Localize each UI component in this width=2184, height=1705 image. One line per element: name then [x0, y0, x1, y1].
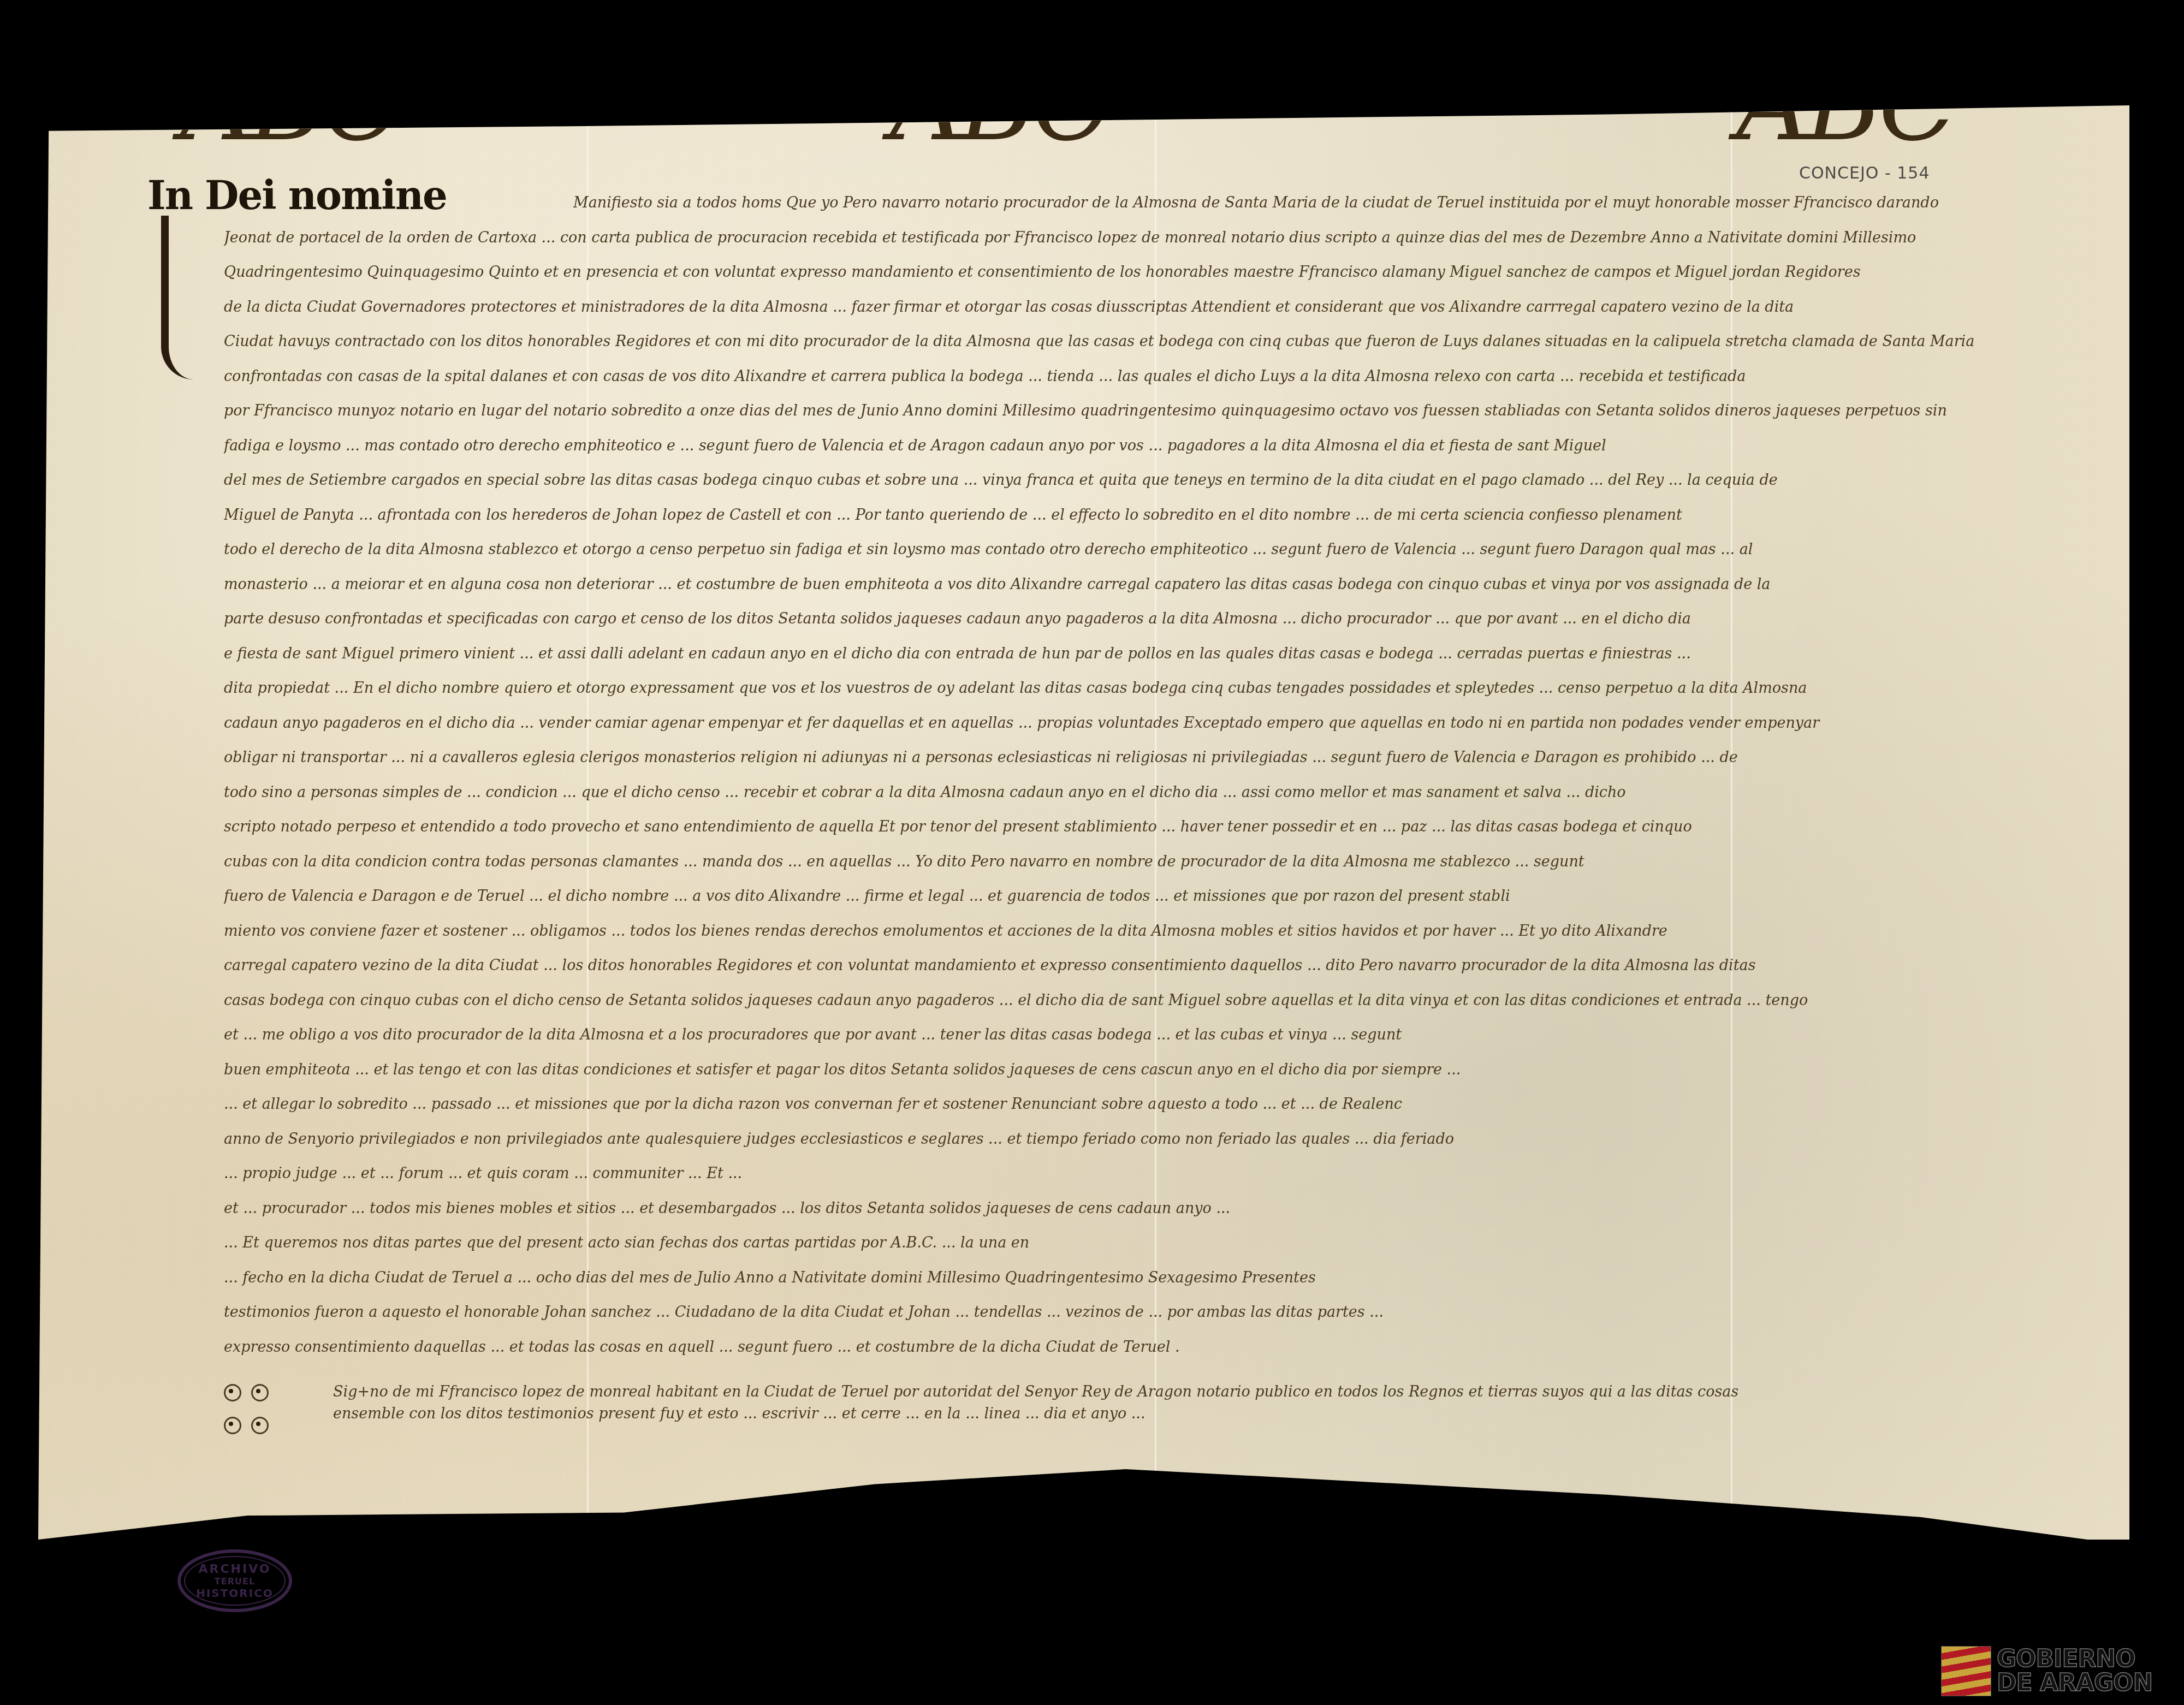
- text-line: dita propiedat ... En el dicho nombre qu…: [224, 671, 2118, 706]
- stamp-text-bottom: HISTORICO: [196, 1587, 274, 1600]
- aragon-flag-icon: [1941, 1646, 1991, 1696]
- text-line: Jeonat de portacel de la orden de Cartox…: [224, 221, 2118, 256]
- text-line: anno de Senyorio privilegiados e non pri…: [224, 1122, 2118, 1157]
- logo-line-2: DE ARAGON: [1997, 1671, 2152, 1695]
- text-line: e fiesta de sant Miguel primero vinient …: [224, 637, 2118, 672]
- text-line: del mes de Setiembre cargados en special…: [224, 463, 2118, 498]
- text-line: fadiga e loysmo ... mas contado otro der…: [224, 429, 2118, 464]
- text-line: por Ffrancisco munyoz notario en lugar d…: [224, 394, 2118, 429]
- text-line: cubas con la dita condicion contra todas…: [224, 845, 2118, 880]
- text-line: de la dicta Ciudat Governadores protecto…: [224, 290, 2118, 325]
- text-line: miento vos conviene fazer et sostener ..…: [224, 914, 2118, 949]
- text-line: Miguel de Panyta ... afrontada con los h…: [224, 498, 2118, 533]
- text-line: et ... me obligo a vos dito procurador d…: [224, 1018, 2118, 1053]
- chirograph-letters: ABC: [890, 52, 1106, 156]
- text-line: carregal capatero vezino de la dita Ciud…: [224, 948, 2118, 983]
- stamp-text-middle: TERUEL: [215, 1576, 255, 1587]
- text-line: ... Et queremos nos ditas partes que del…: [224, 1226, 2118, 1261]
- text-line: todo sino a personas simples de ... cond…: [224, 775, 2118, 810]
- text-line: ... fecho en la dicha Ciudat de Teruel a…: [224, 1261, 2118, 1296]
- text-line: ... propio judge ... et ... forum ... et…: [224, 1156, 2118, 1191]
- text-line: ensemble con los ditos testimonios prese…: [333, 1403, 2135, 1425]
- text-line: et ... procurador ... todos mis bienes m…: [224, 1191, 2118, 1226]
- chirograph-letters: ABC: [180, 52, 396, 156]
- text-line: confrontadas con casas de la spital dala…: [224, 359, 2118, 394]
- text-line: monasterio ... a meiorar et en alguna co…: [224, 567, 2118, 602]
- text-line: expresso consentimiento daquellas ... et…: [224, 1330, 2118, 1365]
- text-line: casas bodega con cinquo cubas con el dic…: [224, 983, 2118, 1018]
- text-line: parte desuso confrontadas et specificada…: [224, 602, 2118, 637]
- text-line: scripto notado perpeso et entendido a to…: [224, 810, 2118, 845]
- parchment-document: ABC ABC ABC CONCEJO - 154 In Dei nomine …: [38, 41, 2129, 1540]
- text-line: cadaun anyo pagaderos en el dicho dia ..…: [224, 706, 2118, 741]
- notarial-signum-icon: [202, 1373, 328, 1444]
- text-line: Manifiesto sia a todos homs Que yo Pero …: [224, 186, 2118, 221]
- text-line: obligar ni transportar ... ni a cavaller…: [224, 740, 2118, 775]
- text-line: Sig+no de mi Ffrancisco lopez de monreal…: [333, 1381, 2135, 1403]
- archive-stamp: ARCHIVO TERUEL HISTORICO: [177, 1549, 292, 1612]
- text-line: fuero de Valencia e Daragon e de Teruel …: [224, 879, 2118, 914]
- chirograph-letters: ABC: [1736, 52, 1952, 156]
- text-line: todo el derecho de la dita Almosna stabl…: [224, 532, 2118, 567]
- initial-capital-flourish: [161, 216, 229, 379]
- text-line: buen emphiteota ... et las tengo et con …: [224, 1053, 2118, 1088]
- text-line: testimonios fueron a aquesto el honorabl…: [224, 1295, 2118, 1330]
- text-line: Ciudat havuys contractado con los ditos …: [224, 324, 2118, 359]
- notarial-subscription: Sig+no de mi Ffrancisco lopez de monreal…: [333, 1381, 2135, 1425]
- logo-line-1: GOBIERNO: [1997, 1647, 2152, 1671]
- logo-text: GOBIERNO DE ARAGON: [1997, 1647, 2152, 1695]
- document-body: Manifiesto sia a todos homs Que yo Pero …: [224, 186, 2118, 1364]
- gobierno-aragon-logo: GOBIERNO DE ARAGON: [1941, 1646, 2152, 1696]
- text-line: ... et allegar lo sobredito ... passado …: [224, 1087, 2118, 1122]
- archive-reference: CONCEJO - 154: [1799, 164, 1930, 183]
- chirograph-header: ABC ABC ABC: [38, 74, 2129, 172]
- stamp-text-top: ARCHIVO: [198, 1563, 271, 1576]
- text-line: Quadringentesimo Quinquagesimo Quinto et…: [224, 255, 2118, 290]
